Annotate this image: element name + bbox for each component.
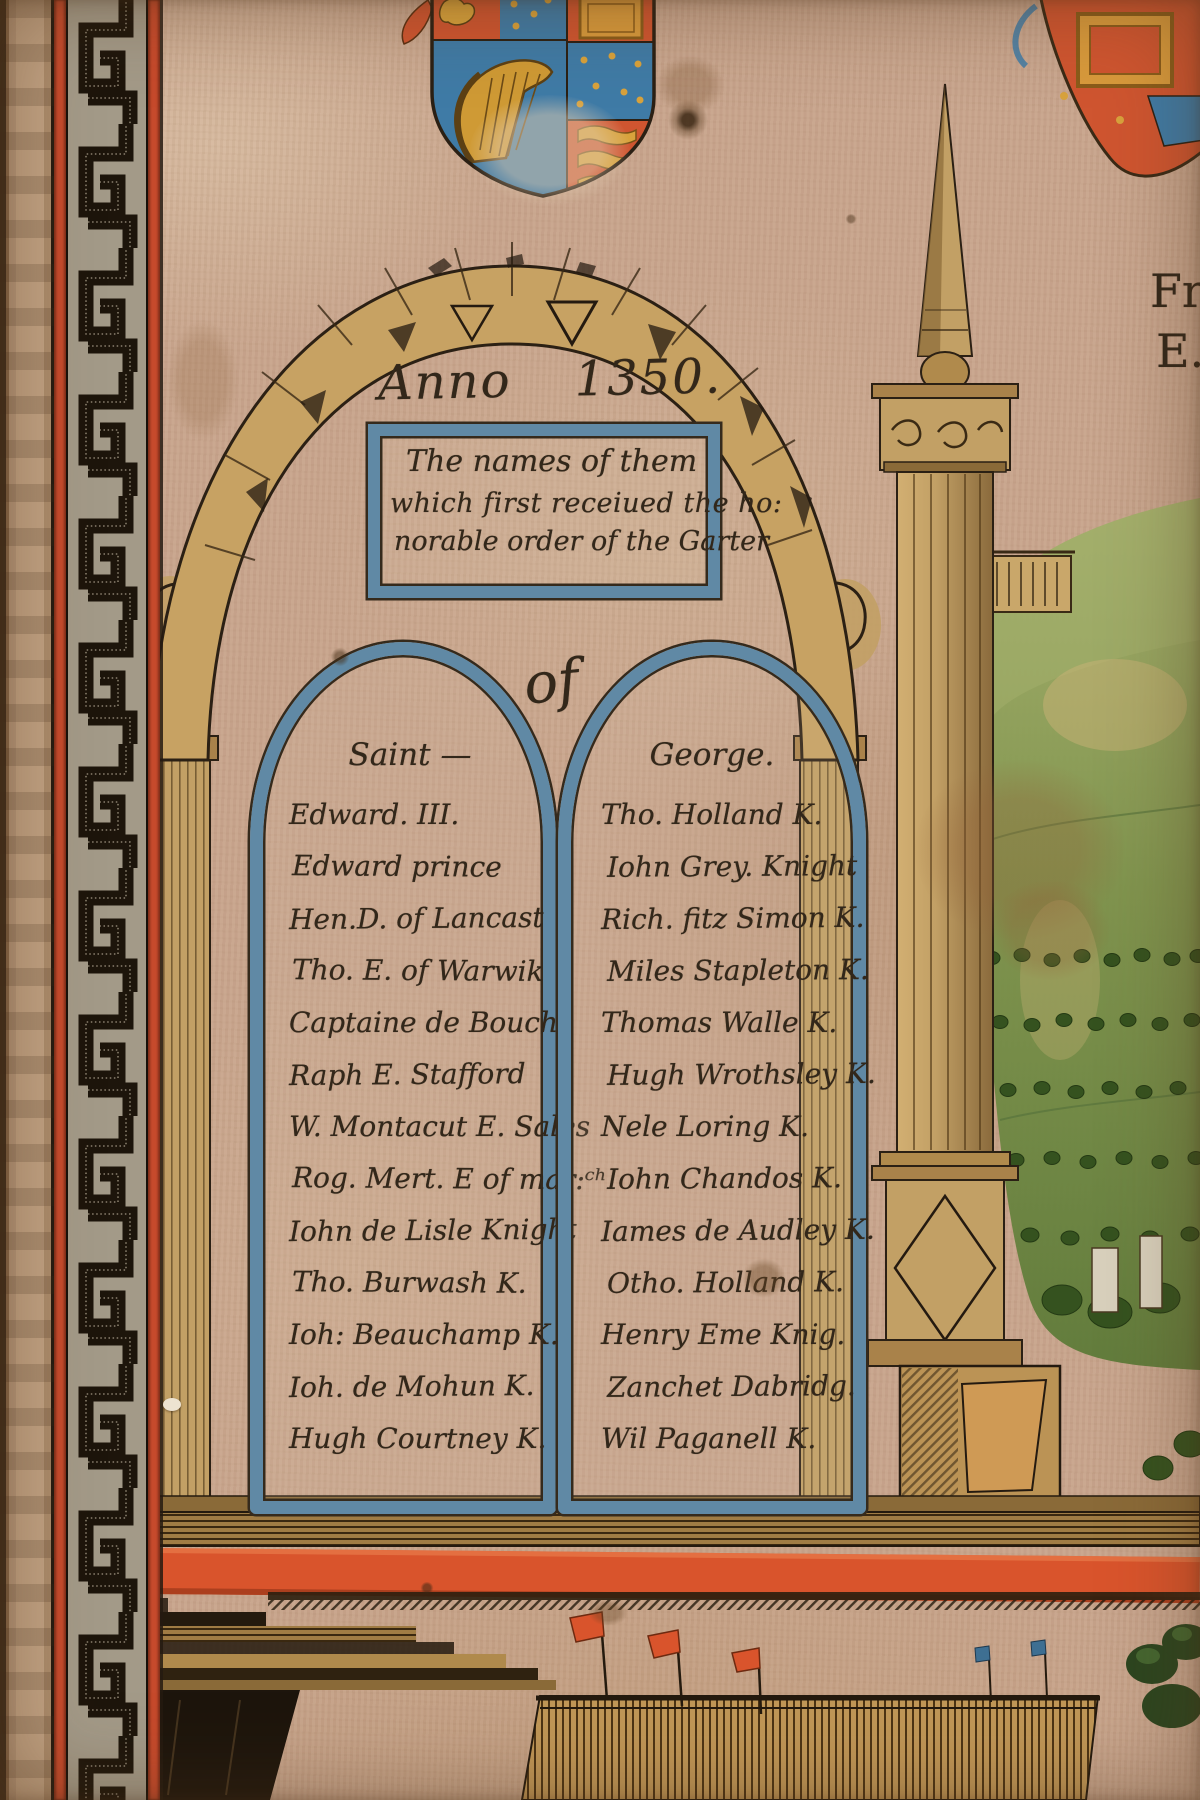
garter-knight-name: W. Montacut E. Sales — [289, 1101, 543, 1153]
title-line: The names of them — [380, 444, 708, 479]
garter-knight-name: Edward. III. — [289, 789, 543, 841]
garter-knight-name: Ioh: Beauchamp K. — [289, 1309, 543, 1361]
red-frame-stripe — [54, 0, 66, 1800]
column-capital — [880, 398, 1010, 470]
edge-text-fr: Fr — [1150, 264, 1200, 318]
column-shaft — [897, 472, 993, 1152]
garter-knight-name: Hen.D. of Lancast — [289, 892, 543, 946]
garter-knight-name: Wil Paganell K. — [601, 1413, 853, 1465]
garter-knight-name: Zanchet Dabridg. — [607, 1360, 859, 1414]
garter-knight-name: Ioh. de Mohun K. — [289, 1360, 543, 1414]
garter-knight-name: Nele Loring K. — [601, 1101, 853, 1153]
garter-knight-name: Iohn Chandos K. — [607, 1152, 859, 1206]
title-line: norable order of the Garter — [380, 526, 708, 557]
ribbon-curl — [1015, 6, 1036, 66]
garter-knight-name: Otho. Holland K. — [607, 1256, 859, 1310]
garter-title-box: The names of them which first receiued t… — [368, 424, 720, 598]
hilltop-building — [980, 552, 1075, 612]
anno-1350-label: Anno 1350. — [377, 348, 718, 411]
blue-flag — [975, 1640, 1047, 1702]
tablet-saint: Saint — Edward. III. Edward prince Hen.D… — [250, 642, 556, 1514]
garter-knight-name: Miles Stapleton K. — [607, 944, 859, 998]
garter-knight-name: Tho. Burwash K. — [292, 1256, 546, 1310]
map-neatline — [160, 0, 163, 1800]
deckle-paper-edge — [0, 0, 54, 1800]
garter-knight-name: Hugh Courtney K. — [289, 1413, 543, 1465]
garter-knight-name: Rog. Mert. E of mar:ᶜʰ — [292, 1152, 546, 1206]
garter-knight-name: Edward prince — [292, 840, 546, 894]
garter-knight-name: Thomas Walle K. — [601, 997, 853, 1049]
antique-map-detail: Anno 1350. The names of them which first… — [0, 0, 1200, 1800]
corner-trees — [1126, 1624, 1200, 1728]
edge-text-e: E. — [1156, 324, 1200, 378]
name-list-right: Tho. Holland K. Iohn Grey. Knight Rich. … — [571, 789, 853, 1465]
castle-roof — [522, 1696, 1100, 1800]
bottom-scene — [86, 1598, 1200, 1800]
tablet-header-george: George. — [571, 737, 853, 773]
garter-knight-name: Captaine de Bouch — [289, 997, 543, 1049]
red-frame-stripe — [148, 0, 160, 1800]
column-pedestal — [886, 1180, 1004, 1340]
corner-shield — [1015, 0, 1200, 176]
connector-word-of: of — [521, 647, 582, 717]
garter-knight-name: Iohn Grey. Knight — [607, 840, 859, 894]
garter-knight-name: Hugh Wrothsley K. — [607, 1048, 859, 1102]
garter-knight-name: Tho. E. of Warwik — [292, 944, 546, 998]
garter-knight-name: Tho. Holland K. — [601, 789, 853, 841]
tablet-george: George. Tho. Holland K. Iohn Grey. Knigh… — [558, 642, 866, 1514]
tablet-header-saint: Saint — — [263, 737, 543, 773]
garter-knight-name: Raph E. Stafford — [289, 1048, 543, 1102]
garter-knight-name: Iames de Audley K. — [601, 1204, 853, 1258]
mantling-ribbon — [402, 0, 432, 44]
garter-knight-name: Iohn de Lisle Knight — [289, 1204, 543, 1258]
royal-arms-shield — [402, 0, 660, 212]
green-hill — [973, 498, 1200, 1480]
garter-knight-name: Rich. fitz Simon K. — [601, 892, 853, 946]
title-line: which first receiued the ho: — [380, 488, 708, 519]
greek-key-pattern — [68, 0, 146, 1800]
greek-key-border — [66, 0, 148, 1800]
name-list-left: Edward. III. Edward prince Hen.D. of Lan… — [263, 789, 543, 1465]
garter-knight-name: Henry Eme Knig. — [601, 1309, 853, 1361]
